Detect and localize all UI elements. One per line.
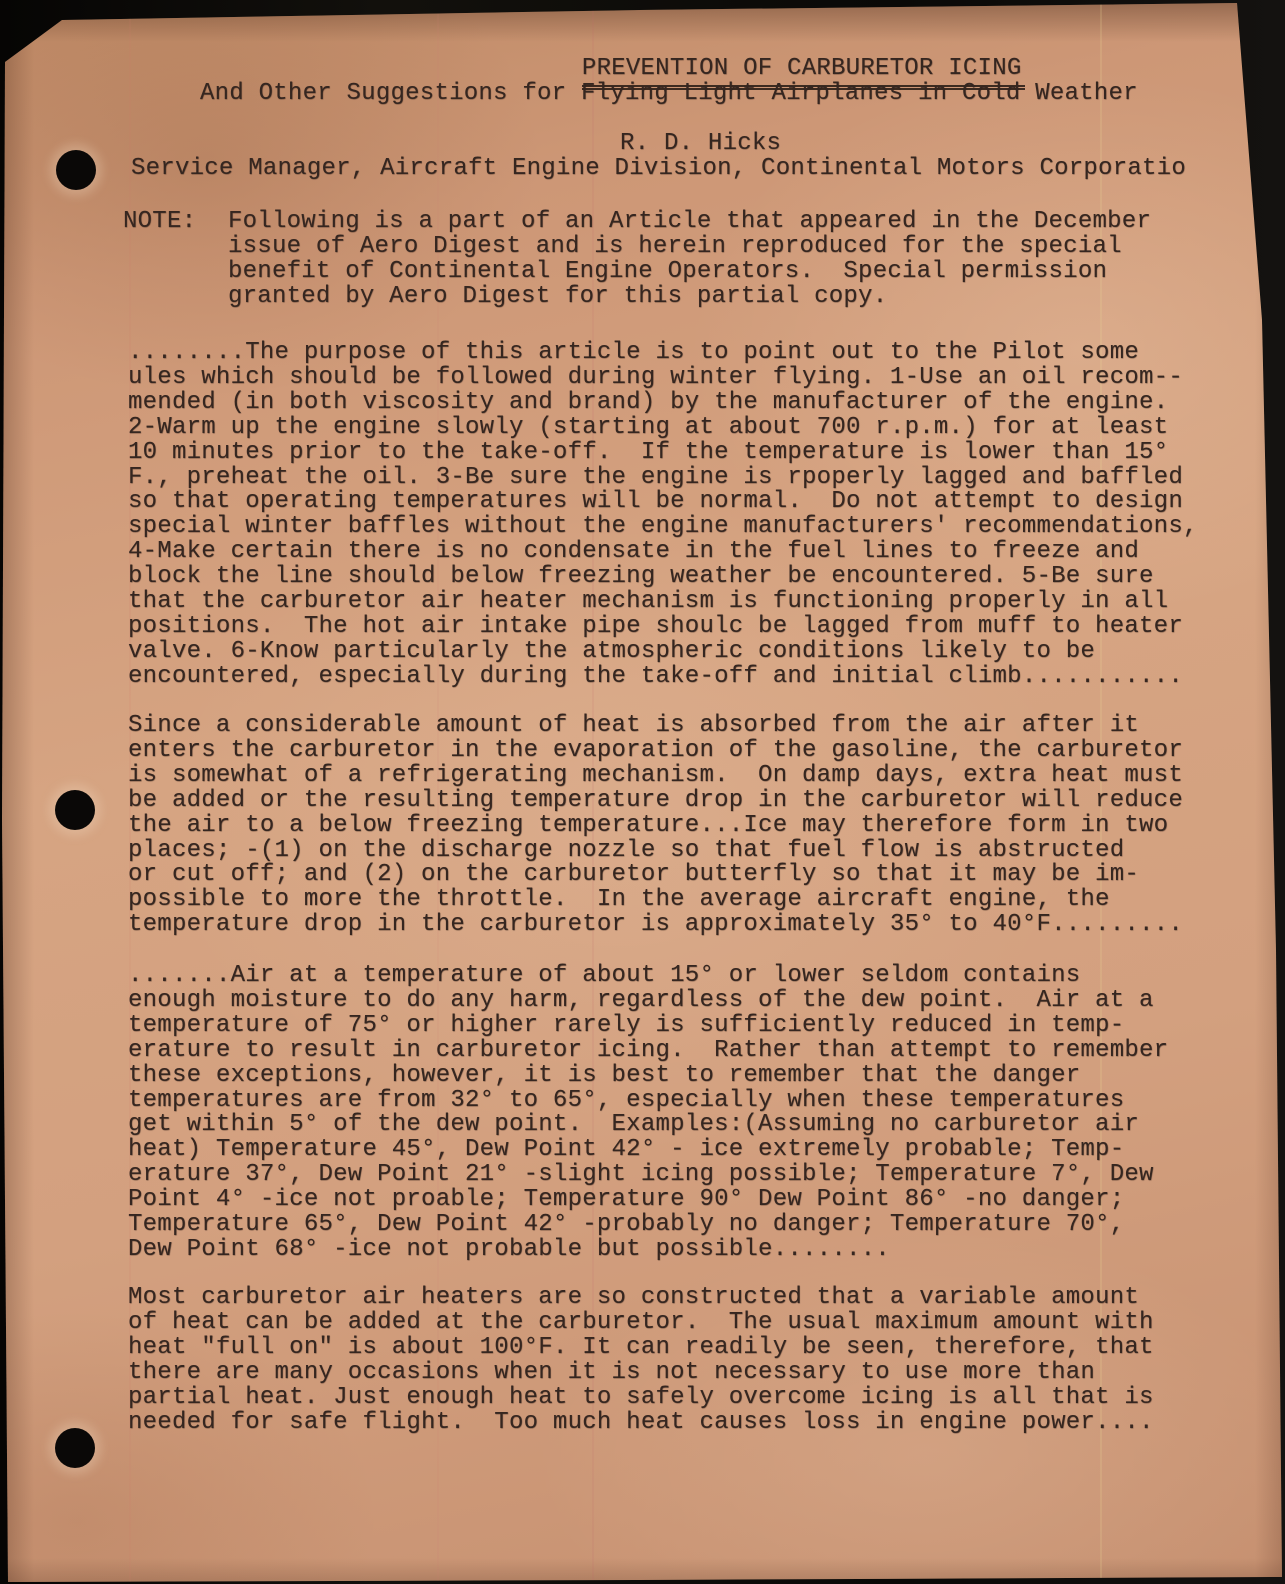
paragraph: Since a considerable amount of heat is a… [128,714,1183,938]
punch-hole-icon [56,150,96,190]
punch-hole-icon [55,790,95,830]
author-role: Service Manager, Aircraft Engine Divisio… [131,157,1186,182]
note-label: NOTE: [123,210,196,235]
paragraph: ........The purpose of this article is t… [128,341,1198,690]
scanned-page: PREVENTION OF CARBURETOR ICING And Other… [0,0,1285,1584]
scan-background: PREVENTION OF CARBURETOR ICING And Other… [0,0,1285,1584]
paragraph: Most carburetor air heaters are so const… [128,1286,1154,1435]
note-text: Following is a part of an Article that a… [228,210,1151,310]
author-name: R. D. Hicks [620,132,781,157]
paragraph: .......Air at a temperature of about 15°… [128,964,1168,1263]
page-subtitle: And Other Suggestions for Flying Light A… [200,82,1138,107]
punch-hole-icon [55,1428,95,1468]
